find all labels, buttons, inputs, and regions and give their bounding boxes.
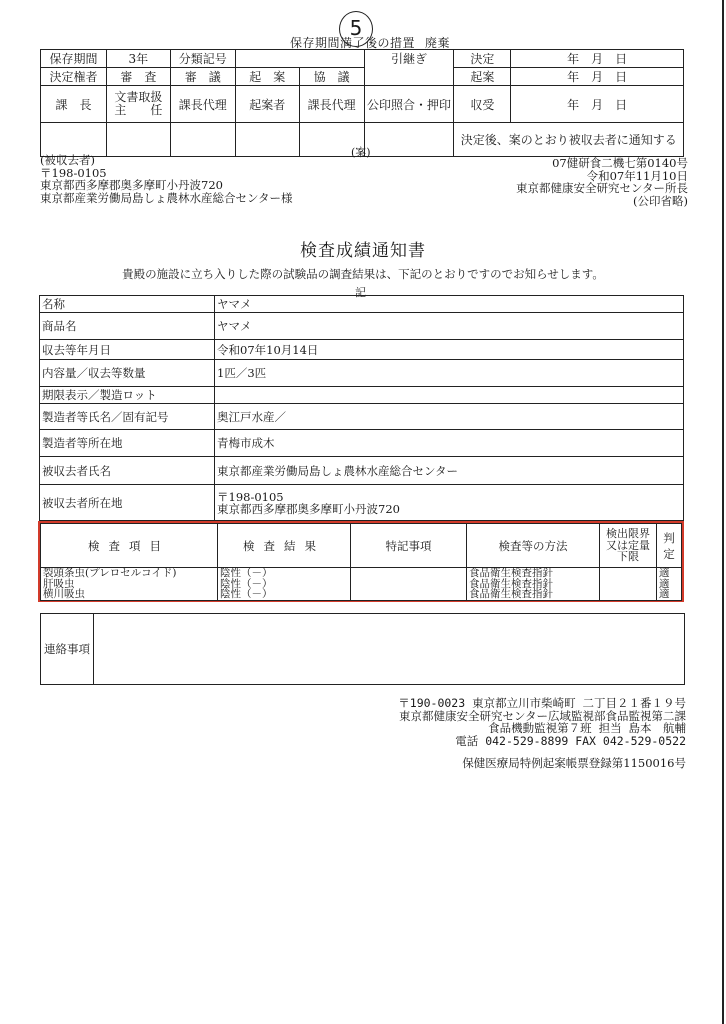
info-label: 収去等年月日 bbox=[40, 340, 215, 360]
info-label: 被収去者氏名 bbox=[40, 457, 215, 485]
stamp-box-4 bbox=[235, 123, 299, 157]
received-label: 収受 bbox=[454, 86, 511, 123]
items-cell: 裂頭条虫(プレロセルコイド) 肝吸虫 横川吸虫 bbox=[41, 568, 218, 601]
limits-cell bbox=[600, 568, 657, 601]
addressee-address: 東京都西多摩郡奥多摩町小丹波720 bbox=[40, 179, 293, 192]
info-value-address: 東京都西多摩郡奥多摩町小丹波720 bbox=[217, 503, 681, 515]
header-judgment: 判定 bbox=[657, 524, 682, 568]
stamp-box-2 bbox=[106, 123, 170, 157]
page-edge bbox=[722, 0, 724, 1024]
judgments-cell: 適 適 適 bbox=[657, 568, 682, 601]
contact-address: 〒190-0023 東京都立川市柴崎町 二丁目２１番１９号 bbox=[398, 697, 686, 710]
contact-phone-fax: 電話 042-529-8899 FAX 042-529-0522 bbox=[398, 735, 686, 748]
methods-cell: 食品衛生検査指針 食品衛生検査指針 食品衛生検査指針 bbox=[467, 568, 600, 601]
draft-date: 年 月 日 bbox=[511, 68, 684, 86]
retention-label: 保存期間 bbox=[41, 50, 107, 68]
header-limit-line3: 下限 bbox=[602, 551, 654, 563]
deliberation-label: 審 議 bbox=[170, 68, 235, 86]
header-item: 検査項目 bbox=[41, 524, 218, 568]
handover-label: 引継ぎ bbox=[364, 50, 454, 86]
deputy-chief-2-label: 課長代理 bbox=[299, 86, 364, 123]
doc-officer-label: 文書取扱 主 任 bbox=[106, 86, 170, 123]
header-notes: 特記事項 bbox=[351, 524, 467, 568]
info-value: 〒198-0105 東京都西多摩郡奥多摩町小丹波720 bbox=[215, 485, 684, 521]
authority-label: 決定権者 bbox=[41, 68, 107, 86]
info-row: 名称ヤマメ bbox=[40, 296, 684, 313]
info-label: 製造者等所在地 bbox=[40, 430, 215, 457]
info-row: 被収去者所在地 〒198-0105 東京都西多摩郡奥多摩町小丹波720 bbox=[40, 485, 684, 521]
info-row: 収去等年月日令和07年10月14日 bbox=[40, 340, 684, 360]
info-value bbox=[215, 387, 684, 404]
remarks-value bbox=[94, 614, 685, 685]
stamp-box-1 bbox=[41, 123, 107, 157]
info-label: 被収去者所在地 bbox=[40, 485, 215, 521]
info-label: 期限表示／製造ロット bbox=[40, 387, 215, 404]
class-code-label: 分類記号 bbox=[170, 50, 235, 68]
review-label: 審 査 bbox=[106, 68, 170, 86]
registration-number: 保健医療局特例起案帳票登録第1150016号 bbox=[462, 755, 686, 771]
test-item: 裂頭条虫(プレロセルコイド) bbox=[43, 568, 215, 579]
decision-label: 決定 bbox=[454, 50, 511, 68]
info-row: 商品名ヤマメ bbox=[40, 313, 684, 340]
decision-note: 決定後、案のとおり被収去者に通知する bbox=[454, 123, 684, 157]
test-method: 食品衛生検査指針 bbox=[469, 589, 597, 600]
test-judgment: 適 bbox=[659, 589, 679, 600]
addressee-block: (被収去者) 〒198-0105 東京都西多摩郡奥多摩町小丹波720 東京都産業… bbox=[40, 154, 293, 204]
info-value: 令和07年10月14日 bbox=[215, 340, 684, 360]
header-limit: 検出限界 又は定量 下限 bbox=[600, 524, 657, 568]
section-chief-label: 課 長 bbox=[41, 86, 107, 123]
addressee-label: (被収去者) bbox=[40, 154, 293, 167]
deputy-chief-label: 課長代理 bbox=[170, 86, 235, 123]
test-result: 陰性（－） bbox=[220, 568, 348, 579]
info-value-postal: 〒198-0105 bbox=[217, 491, 681, 503]
issuer-name: 東京都健康安全研究センター所長 bbox=[516, 182, 688, 195]
results-header-row: 検査項目 検査結果 特記事項 検査等の方法 検出限界 又は定量 下限 判定 bbox=[41, 524, 682, 568]
info-value: ヤマメ bbox=[215, 296, 684, 313]
info-row: 製造者等所在地青梅市成木 bbox=[40, 430, 684, 457]
info-value: 青梅市成木 bbox=[215, 430, 684, 457]
test-result: 陰性（－） bbox=[220, 589, 348, 600]
header-method: 検査等の方法 bbox=[467, 524, 600, 568]
drafter-label: 起案者 bbox=[235, 86, 299, 123]
addressee-name: 東京都産業労働局島しょ農林水産総合センター様 bbox=[40, 192, 293, 205]
reference-number: 07健研食二機七第0140号 bbox=[516, 157, 688, 170]
test-item: 横川吸虫 bbox=[43, 589, 215, 600]
stamp-box-6 bbox=[364, 123, 454, 157]
results-highlight-box: 検査項目 検査結果 特記事項 検査等の方法 検出限界 又は定量 下限 判定 裂頭… bbox=[38, 521, 684, 602]
decision-date: 年 月 日 bbox=[511, 50, 684, 68]
draft-label: 起 案 bbox=[235, 68, 299, 86]
draft-date-label: 起案 bbox=[454, 68, 511, 86]
seal-check-label: 公印照合・押印 bbox=[364, 86, 454, 123]
info-label: 製造者等氏名／固有記号 bbox=[40, 404, 215, 430]
info-value: 1匹／3匹 bbox=[215, 360, 684, 387]
seal-note: (公印省略) bbox=[516, 195, 688, 208]
doc-officer-line2: 主 任 bbox=[107, 104, 170, 117]
contact-staff: 食品機動監視第７班 担当 島本 航輔 bbox=[398, 722, 686, 735]
info-row: 期限表示／製造ロット bbox=[40, 387, 684, 404]
remarks-label: 連絡事項 bbox=[41, 614, 94, 685]
test-judgment: 適 bbox=[659, 568, 679, 579]
class-code-value bbox=[235, 50, 364, 68]
info-row: 製造者等氏名／固有記号奥江戸水産／ bbox=[40, 404, 684, 430]
sample-info-table: 名称ヤマメ 商品名ヤマメ 収去等年月日令和07年10月14日 内容量／収去等数量… bbox=[39, 295, 684, 521]
approval-grid: 保存期間 3年 分類記号 引継ぎ 決定 年 月 日 決定権者 審 査 審 議 起… bbox=[40, 49, 684, 157]
document-intro: 貴殿の施設に立ち入りした際の試験品の調査結果は、下記のとおりですのでお知らせしま… bbox=[0, 266, 726, 282]
stamp-box-3 bbox=[170, 123, 235, 157]
retention-action: 廃棄 bbox=[425, 36, 450, 50]
info-value: ヤマメ bbox=[215, 313, 684, 340]
issuer-block: 07健研食二機七第0140号 令和07年11月10日 東京都健康安全研究センター… bbox=[516, 157, 688, 207]
handwritten-circled-number: 5 bbox=[339, 11, 373, 47]
retention-value: 3年 bbox=[106, 50, 170, 68]
header-result: 検査結果 bbox=[218, 524, 351, 568]
info-value: 東京都産業労働局島しょ農林水産総合センター bbox=[215, 457, 684, 485]
info-label: 内容量／収去等数量 bbox=[40, 360, 215, 387]
test-method: 食品衛生検査指針 bbox=[469, 568, 597, 579]
notes-cell bbox=[351, 568, 467, 601]
info-label: 名称 bbox=[40, 296, 215, 313]
info-label: 商品名 bbox=[40, 313, 215, 340]
remarks-box: 連絡事項 bbox=[40, 613, 685, 685]
document-title: 検査成績通知書 bbox=[0, 236, 726, 261]
received-date: 年 月 日 bbox=[511, 86, 684, 123]
inspection-results-table: 検査項目 検査結果 特記事項 検査等の方法 検出限界 又は定量 下限 判定 裂頭… bbox=[40, 523, 682, 601]
results-body-row: 裂頭条虫(プレロセルコイド) 肝吸虫 横川吸虫 陰性（－） 陰性（－） 陰性（－… bbox=[41, 568, 682, 601]
contact-block: 〒190-0023 東京都立川市柴崎町 二丁目２１番１９号 東京都健康安全研究セ… bbox=[398, 697, 686, 747]
results-cell: 陰性（－） 陰性（－） 陰性（－） bbox=[218, 568, 351, 601]
info-value: 奥江戸水産／ bbox=[215, 404, 684, 430]
draft-mark: (案) bbox=[351, 144, 371, 160]
info-row: 内容量／収去等数量1匹／3匹 bbox=[40, 360, 684, 387]
info-row: 被収去者氏名東京都産業労働局島しょ農林水産総合センター bbox=[40, 457, 684, 485]
consult-label: 協 議 bbox=[299, 68, 364, 86]
